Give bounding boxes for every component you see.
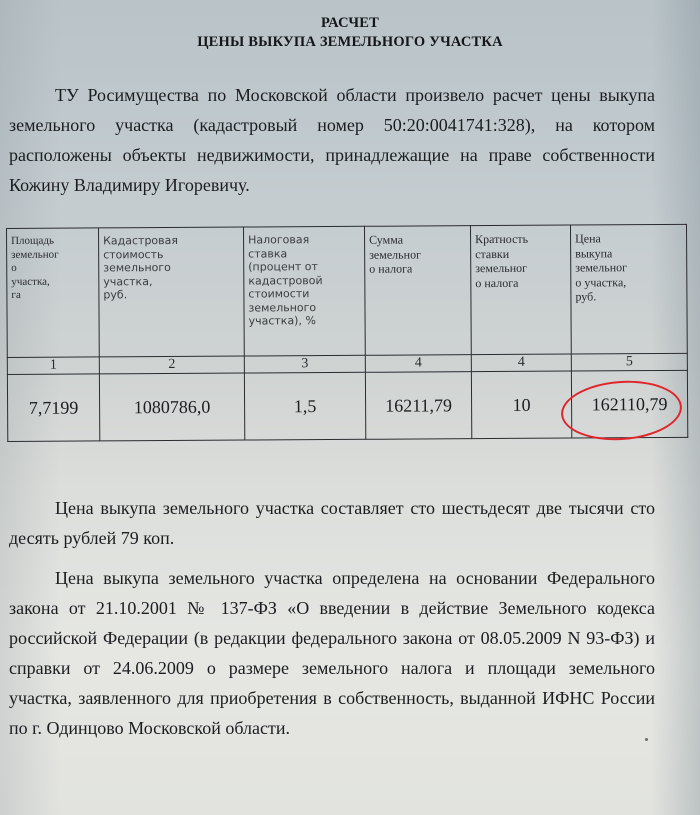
basis-line: по г. Одинцово Московской области. [9,713,655,743]
basis-line: справки от 24.06.2009 о размере земельно… [9,653,655,683]
value-multiplier: 10 [471,371,571,439]
column-number: 2 [99,356,244,374]
price-line: десять рублей 79 коп. [9,523,655,553]
table-row: 7,7199 1080786,0 1,5 16211,79 10 162110,… [7,370,687,441]
paper-speck [645,738,648,741]
intro-paragraph: ТУ Росимущества по Московской области пр… [9,80,655,200]
header-buyout-price: Цена выкупа земельног о участка, руб. [570,224,687,354]
intro-line: ТУ Росимущества по Московской области пр… [9,80,655,110]
value-buyout-price: 162110,79 [571,370,687,438]
value-cadastral: 1080786,0 [99,373,244,441]
intro-line: Кожину Владимиру Игоревичу. [9,170,655,200]
document-title: РАСЧЕТ [100,14,600,32]
table-header-row: Площадь земельног о участка, га Кадастро… [7,224,688,357]
price-paragraph: Цена выкупа земельного участка составляе… [9,493,655,553]
document-subtitle: ЦЕНЫ ВЫКУПА ЗЕМЕЛЬНОГО УЧАСТКА [100,33,600,51]
price-line: Цена выкупа земельного участка составляе… [9,493,655,523]
basis-line: российской Федерации (в редакции федерал… [9,623,655,653]
value-tax-amount: 16211,79 [365,372,471,440]
value-tax-rate: 1,5 [244,372,365,440]
column-number: 3 [244,355,365,373]
column-number: 4 [471,354,571,372]
header-rate-multiplier: Кратность ставки земельног о налога [470,225,571,355]
column-number: 1 [7,357,99,375]
price-calculation-table: Площадь земельног о участка, га Кадастро… [6,224,688,442]
header-cadastral-value: Кадастровая стоимость земельного участка… [99,227,245,357]
intro-line: земельного участка (кадастровый номер 50… [9,110,655,140]
basis-line: закона от 21.10.2001 № 137-ФЗ «О введени… [9,593,655,623]
basis-paragraph: Цена выкупа земельного участка определен… [9,563,655,743]
intro-line: расположены объекты недвижимости, принад… [9,140,655,170]
value-area: 7,7199 [7,374,99,442]
basis-line: Цена выкупа земельного участка определен… [9,563,655,593]
column-number: 4 [365,355,471,373]
header-tax-amount: Сумма земельног о налога [364,226,471,356]
header-area: Площадь земельног о участка, га [7,228,100,358]
column-number: 5 [571,353,687,371]
basis-line: участка, заявленного для приобретения в … [9,683,655,713]
header-tax-rate: Налоговая ставка (процент от кадастровой… [243,226,365,356]
